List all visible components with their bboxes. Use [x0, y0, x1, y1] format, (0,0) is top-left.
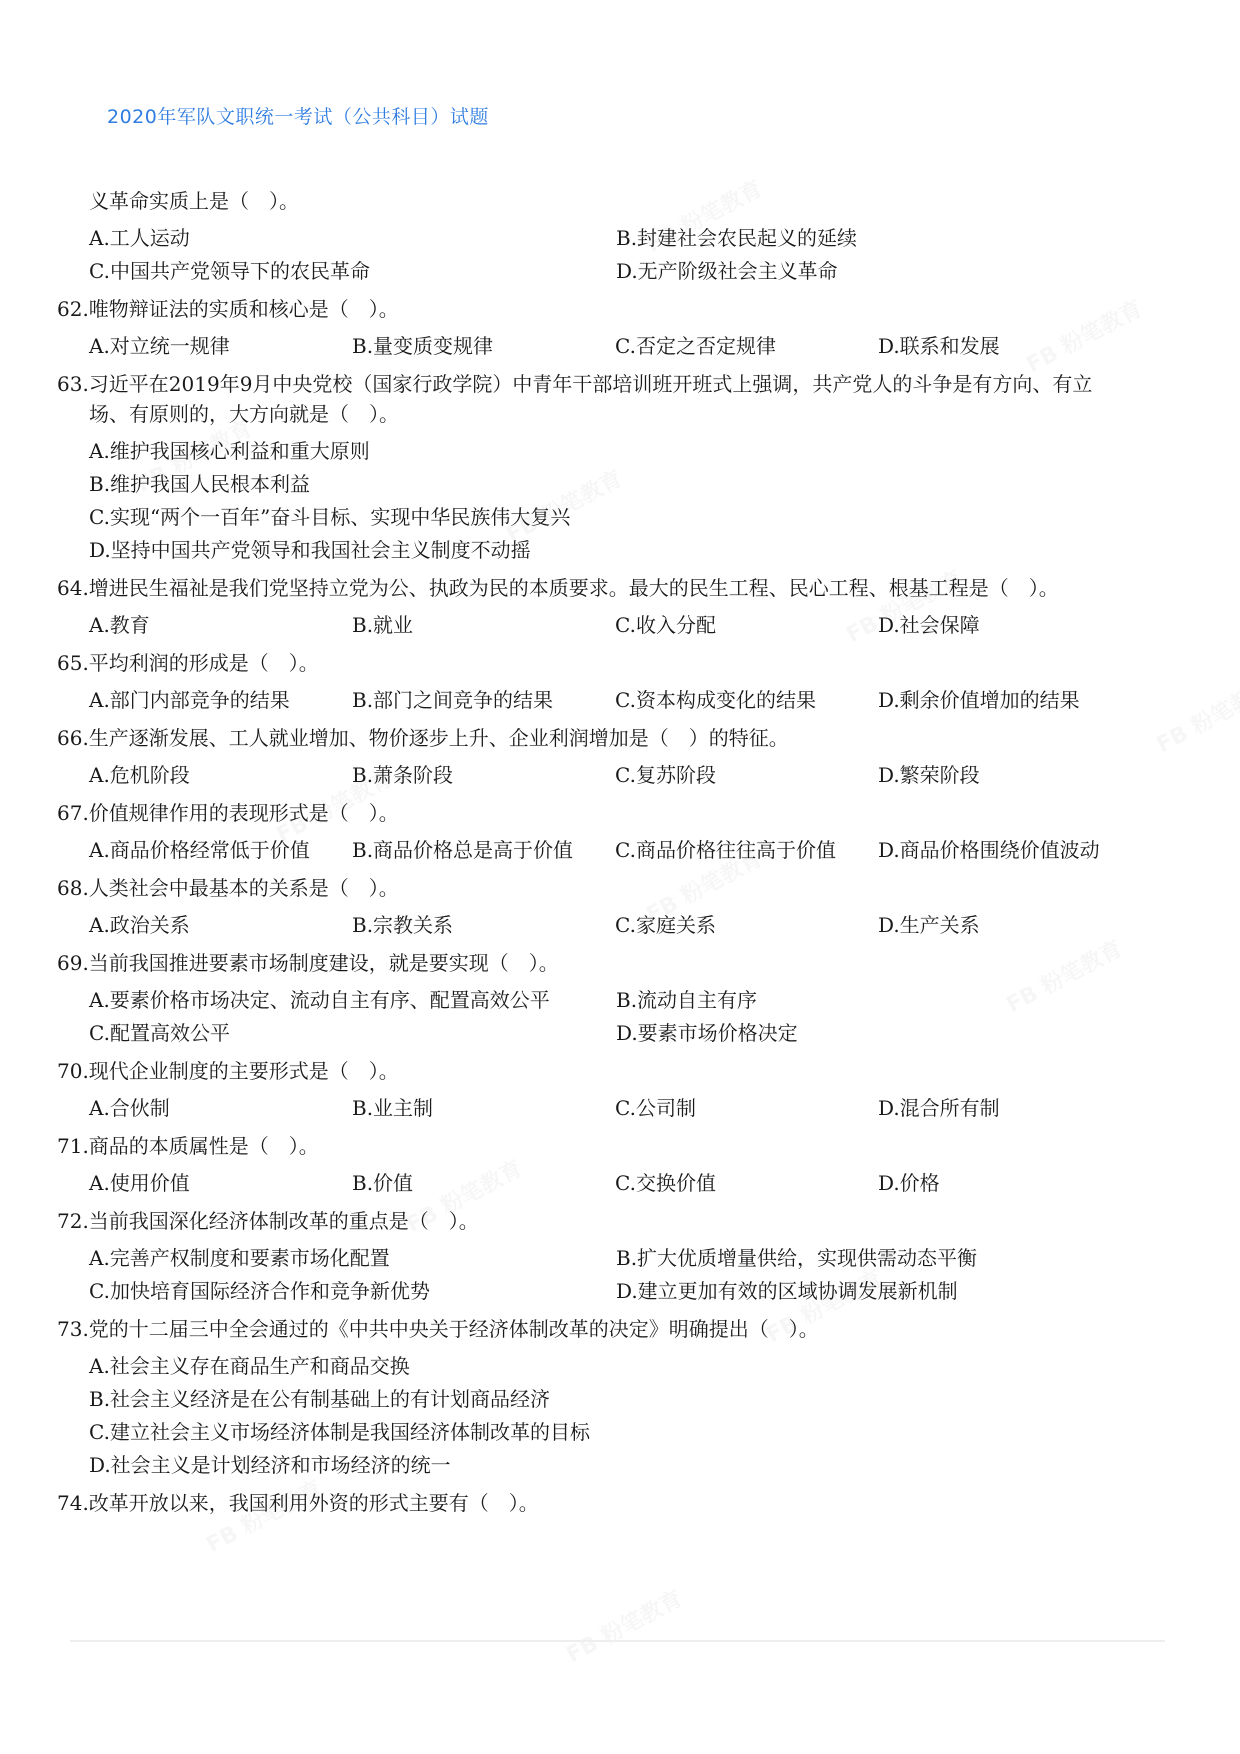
- options: A.维护我国核心利益和重大原则 B.维护我国人民根本利益 C.实现“两个一百年”…: [89, 435, 1177, 567]
- option-d: D.繁荣阶段: [878, 759, 1177, 792]
- option-b: B.商品价格总是高于价值: [352, 834, 615, 867]
- question-text: 64.增进民生福祉是我们党坚持立党为公、执政为民的本质要求。最大的民生工程、民心…: [57, 573, 1129, 603]
- option-a: A.部门内部竞争的结果: [89, 684, 352, 717]
- option-a: A.要素价格市场决定、流动自主有序、配置高效公平: [89, 984, 616, 1017]
- question-72: 72.当前我国深化经济体制改革的重点是（ ）。 A.完善产权制度和要素市场化配置…: [57, 1206, 1177, 1308]
- option-c: C.加快培育国际经济合作和竞争新优势: [89, 1275, 616, 1308]
- option-b: B.流动自主有序: [616, 984, 1177, 1017]
- option-c: C.复苏阶段: [615, 759, 878, 792]
- option-c: C.建立社会主义市场经济体制是我国经济体制改革的目标: [89, 1416, 1177, 1449]
- footer-divider: [70, 1640, 1165, 1642]
- option-d: D.坚持中国共产党领导和我国社会主义制度不动摇: [89, 534, 1177, 567]
- option-c: C.资本构成变化的结果: [615, 684, 878, 717]
- question-text: 65.平均利润的形成是（ ）。: [57, 648, 1177, 678]
- options: A.政治关系 B.宗教关系 C.家庭关系 D.生产关系: [89, 909, 1177, 942]
- option-b: B.维护我国人民根本利益: [89, 468, 1177, 501]
- options: A.部门内部竞争的结果 B.部门之间竞争的结果 C.资本构成变化的结果 D.剩余…: [89, 684, 1177, 717]
- option-c: C.否定之否定规律: [615, 330, 878, 363]
- question-66: 66.生产逐渐发展、工人就业增加、物价逐步上升、企业利润增加是（ ）的特征。 A…: [57, 723, 1177, 792]
- options: A.合伙制 B.业主制 C.公司制 D.混合所有制: [89, 1092, 1177, 1125]
- option-b: B.部门之间竞争的结果: [352, 684, 615, 717]
- question-64: 64.增进民生福祉是我们党坚持立党为公、执政为民的本质要求。最大的民生工程、民心…: [57, 573, 1177, 642]
- option-a: A.社会主义存在商品生产和商品交换: [89, 1350, 1177, 1383]
- question-text: 74.改革开放以来，我国利用外资的形式主要有（ ）。: [57, 1488, 1177, 1518]
- option-c: C.中国共产党领导下的农民革命: [89, 255, 616, 288]
- option-b: B.宗教关系: [352, 909, 615, 942]
- question-74: 74.改革开放以来，我国利用外资的形式主要有（ ）。: [57, 1488, 1177, 1518]
- options: A.危机阶段 B.萧条阶段 C.复苏阶段 D.繁荣阶段: [89, 759, 1177, 792]
- option-a: A.使用价值: [89, 1167, 352, 1200]
- options: A.完善产权制度和要素市场化配置 B.扩大优质增量供给，实现供需动态平衡 C.加…: [89, 1242, 1177, 1308]
- question-67: 67.价值规律作用的表现形式是（ ）。 A.商品价格经常低于价值 B.商品价格总…: [57, 798, 1177, 867]
- option-d: D.建立更加有效的区域协调发展新机制: [616, 1275, 1177, 1308]
- option-a: A.工人运动: [89, 222, 616, 255]
- options: A.工人运动 B.封建社会农民起义的延续 C.中国共产党领导下的农民革命 D.无…: [89, 222, 1177, 288]
- option-a: A.政治关系: [89, 909, 352, 942]
- option-b: B.就业: [352, 609, 615, 642]
- option-c: C.商品价格往往高于价值: [615, 834, 878, 867]
- question-text: 义革命实质上是（ ）。: [57, 186, 1177, 216]
- options: A.教育 B.就业 C.收入分配 D.社会保障: [89, 609, 1177, 642]
- question-text: 63.习近平在2019年9月中央党校（国家行政学院）中青年干部培训班开班式上强调…: [57, 369, 1129, 429]
- option-a: A.危机阶段: [89, 759, 352, 792]
- option-b: B.价值: [352, 1167, 615, 1200]
- option-c: C.家庭关系: [615, 909, 878, 942]
- question-73: 73.党的十二届三中全会通过的《中共中央关于经济体制改革的决定》明确提出（ ）。…: [57, 1314, 1177, 1482]
- question-68: 68.人类社会中最基本的关系是（ ）。 A.政治关系 B.宗教关系 C.家庭关系…: [57, 873, 1177, 942]
- option-d: D.社会主义是计划经济和市场经济的统一: [89, 1449, 1177, 1482]
- option-d: D.价格: [878, 1167, 1177, 1200]
- question-62: 62.唯物辩证法的实质和核心是（ ）。 A.对立统一规律 B.量变质变规律 C.…: [57, 294, 1177, 363]
- option-c: C.公司制: [615, 1092, 878, 1125]
- option-b: B.业主制: [352, 1092, 615, 1125]
- question-text: 62.唯物辩证法的实质和核心是（ ）。: [57, 294, 1177, 324]
- option-a: A.合伙制: [89, 1092, 352, 1125]
- question-list: 义革命实质上是（ ）。 A.工人运动 B.封建社会农民起义的延续 C.中国共产党…: [57, 186, 1177, 1518]
- question-text: 69.当前我国推进要素市场制度建设，就是要实现（ ）。: [57, 948, 1177, 978]
- options: A.社会主义存在商品生产和商品交换 B.社会主义经济是在公有制基础上的有计划商品…: [89, 1350, 1177, 1482]
- question-text: 72.当前我国深化经济体制改革的重点是（ ）。: [57, 1206, 1177, 1236]
- option-b: B.社会主义经济是在公有制基础上的有计划商品经济: [89, 1383, 1177, 1416]
- option-c: C.配置高效公平: [89, 1017, 616, 1050]
- watermark: FB 粉笔教育: [560, 1582, 687, 1669]
- option-a: A.商品价格经常低于价值: [89, 834, 352, 867]
- question-text: 66.生产逐渐发展、工人就业增加、物价逐步上升、企业利润增加是（ ）的特征。: [57, 723, 1177, 753]
- question-text: 71.商品的本质属性是（ ）。: [57, 1131, 1177, 1161]
- question-65: 65.平均利润的形成是（ ）。 A.部门内部竞争的结果 B.部门之间竞争的结果 …: [57, 648, 1177, 717]
- option-c: C.交换价值: [615, 1167, 878, 1200]
- option-b: B.萧条阶段: [352, 759, 615, 792]
- options: A.使用价值 B.价值 C.交换价值 D.价格: [89, 1167, 1177, 1200]
- option-b: B.封建社会农民起义的延续: [616, 222, 1177, 255]
- option-b: B.扩大优质增量供给，实现供需动态平衡: [616, 1242, 1177, 1275]
- option-d: D.混合所有制: [878, 1092, 1177, 1125]
- question-70: 70.现代企业制度的主要形式是（ ）。 A.合伙制 B.业主制 C.公司制 D.…: [57, 1056, 1177, 1125]
- options: A.对立统一规律 B.量变质变规律 C.否定之否定规律 D.联系和发展: [89, 330, 1177, 363]
- option-d: D.要素市场价格决定: [616, 1017, 1177, 1050]
- option-d: D.无产阶级社会主义革命: [616, 255, 1177, 288]
- options: A.要素价格市场决定、流动自主有序、配置高效公平 B.流动自主有序 C.配置高效…: [89, 984, 1177, 1050]
- option-a: A.维护我国核心利益和重大原则: [89, 435, 1177, 468]
- question-text: 67.价值规律作用的表现形式是（ ）。: [57, 798, 1177, 828]
- option-c: C.收入分配: [615, 609, 878, 642]
- question-63: 63.习近平在2019年9月中央党校（国家行政学院）中青年干部培训班开班式上强调…: [57, 369, 1177, 567]
- option-d: D.联系和发展: [878, 330, 1177, 363]
- question-text: 73.党的十二届三中全会通过的《中共中央关于经济体制改革的决定》明确提出（ ）。: [57, 1314, 1177, 1344]
- option-a: A.完善产权制度和要素市场化配置: [89, 1242, 616, 1275]
- option-c: C.实现“两个一百年”奋斗目标、实现中华民族伟大复兴: [89, 501, 1177, 534]
- question-text: 70.现代企业制度的主要形式是（ ）。: [57, 1056, 1177, 1086]
- option-a: A.教育: [89, 609, 352, 642]
- option-d: D.生产关系: [878, 909, 1177, 942]
- question-69: 69.当前我国推进要素市场制度建设，就是要实现（ ）。 A.要素价格市场决定、流…: [57, 948, 1177, 1050]
- options: A.商品价格经常低于价值 B.商品价格总是高于价值 C.商品价格往往高于价值 D…: [89, 834, 1177, 867]
- option-d: D.商品价格围绕价值波动: [878, 834, 1177, 867]
- question-61-continuation: 义革命实质上是（ ）。 A.工人运动 B.封建社会农民起义的延续 C.中国共产党…: [57, 186, 1177, 288]
- page-title: 2020年军队文职统一考试（公共科目）试题: [107, 102, 489, 129]
- question-71: 71.商品的本质属性是（ ）。 A.使用价值 B.价值 C.交换价值 D.价格: [57, 1131, 1177, 1200]
- option-d: D.社会保障: [878, 609, 1177, 642]
- question-text: 68.人类社会中最基本的关系是（ ）。: [57, 873, 1177, 903]
- option-a: A.对立统一规律: [89, 330, 352, 363]
- option-d: D.剩余价值增加的结果: [878, 684, 1177, 717]
- option-b: B.量变质变规律: [352, 330, 615, 363]
